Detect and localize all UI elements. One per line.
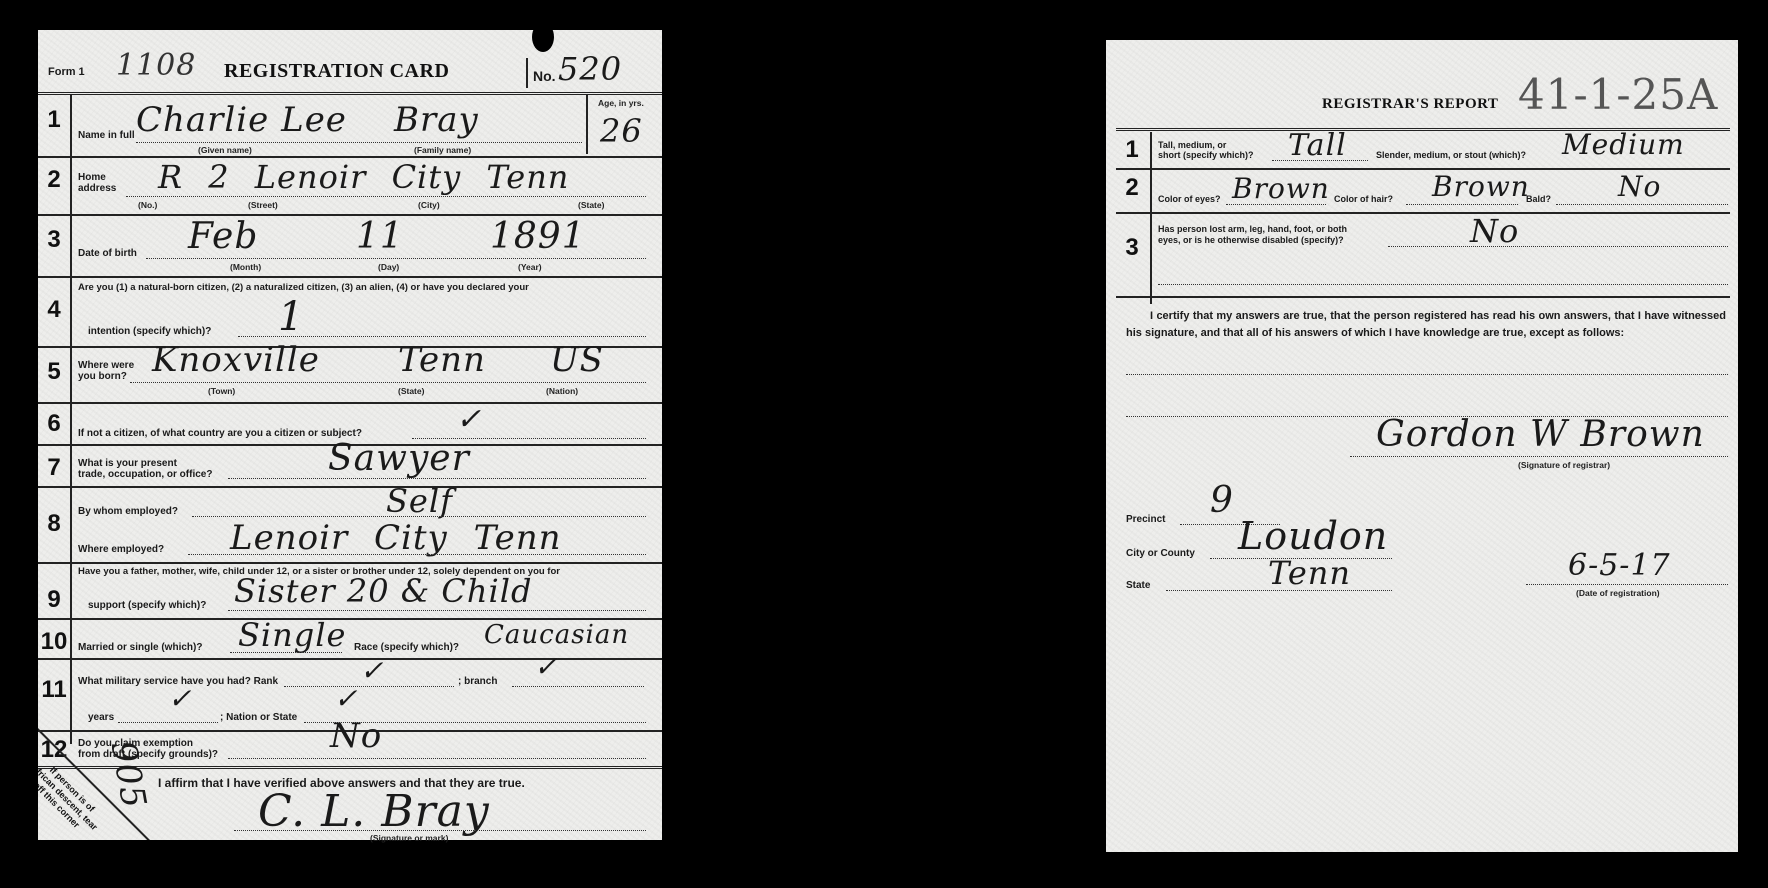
build-value: Medium <box>1562 128 1685 161</box>
hair-color-value: Brown <box>1432 170 1530 203</box>
employer-label: By whom employed? <box>78 506 178 517</box>
disability-label: Has person lost arm, leg, hand, foot, or… <box>1158 224 1347 246</box>
military-years-value: ✓ <box>168 682 192 715</box>
birth-town-caption: (Town) <box>208 386 235 396</box>
registrar-signature: Gordon W Brown <box>1376 414 1705 455</box>
punch-hole <box>532 22 554 52</box>
state-label: State <box>1126 580 1150 591</box>
home-address-value: R 2 Lenoir City Tenn <box>158 158 569 196</box>
height-value: Tall <box>1288 128 1347 163</box>
registrars-report-card: REGISTRAR'S REPORT 41-1-25A 1 Tall, medi… <box>1106 40 1738 852</box>
exemption-value: No <box>330 716 382 756</box>
bald-value: No <box>1618 170 1661 203</box>
employment-place-label: Where employed? <box>78 544 164 555</box>
row-number: 2 <box>40 166 68 194</box>
foreign-citizenship-value: ✓ <box>456 402 482 437</box>
precinct-value: 9 <box>1210 480 1234 521</box>
city-county-label: City or County <box>1126 548 1195 559</box>
row-number: 1 <box>40 106 68 134</box>
height-label: Tall, medium, orshort (specify which)? <box>1158 140 1254 160</box>
address-street-caption: (Street) <box>248 200 278 210</box>
dependents-value: Sister 20 & Child <box>234 572 532 610</box>
registration-date-caption: (Date of registration) <box>1576 588 1660 598</box>
row-number: 9 <box>40 586 68 614</box>
city-county-value: Loudon <box>1238 514 1388 558</box>
birthplace-label: Where wereyou born? <box>78 360 134 382</box>
marital-status-label: Married or single (which)? <box>78 642 202 653</box>
birth-state-value: Tenn <box>398 340 486 380</box>
address-city-caption: (City) <box>418 200 440 210</box>
race-label: Race (specify which)? <box>354 642 459 653</box>
row-number: 4 <box>40 296 68 324</box>
row-number: 7 <box>40 454 68 482</box>
address-no-caption: (No.) <box>138 200 157 210</box>
form-number-handwritten: 1108 <box>116 48 196 83</box>
employment-place-value: Lenoir City Tenn <box>230 518 562 558</box>
hair-color-label: Color of hair? <box>1334 194 1393 204</box>
citizenship-label: intention (specify which)? <box>88 326 211 337</box>
home-address-label: Homeaddress <box>78 172 116 194</box>
eye-color-value: Brown <box>1232 172 1330 205</box>
age-label: Age, in yrs. <box>598 98 644 108</box>
dob-day-value: 11 <box>356 216 404 257</box>
address-state-caption: (State) <box>578 200 604 210</box>
military-branch-label: ; branch <box>458 676 497 687</box>
military-branch-value: ✓ <box>534 650 558 683</box>
precinct-label: Precinct <box>1126 514 1165 525</box>
certification-text: I certify that my answers are true, that… <box>1126 308 1726 342</box>
military-nation-value: ✓ <box>334 682 358 715</box>
row-number: 2 <box>1118 174 1146 202</box>
family-name-value: Bray <box>394 100 479 140</box>
dob-year-value: 1891 <box>490 216 586 257</box>
given-name-value: Charlie Lee <box>136 100 347 140</box>
dob-day-caption: (Day) <box>378 262 399 272</box>
card-number: 520 <box>558 50 622 88</box>
citizenship-value: 1 <box>278 294 304 340</box>
registration-date-value: 6-5-17 <box>1568 548 1671 583</box>
dob-year-caption: (Year) <box>518 262 542 272</box>
registration-card: Form 1 1108 REGISTRATION CARD No. 520 1 … <box>38 30 662 840</box>
registrar-signature-caption: (Signature of registrar) <box>1518 460 1610 470</box>
name-label: Name in full <box>78 130 135 141</box>
signature-caption: (Signature or mark) <box>370 833 448 843</box>
family-name-caption: (Family name) <box>414 145 471 155</box>
row-number: 1 <box>1118 136 1146 164</box>
report-title: REGISTRAR'S REPORT <box>1322 96 1498 113</box>
build-label: Slender, medium, or stout (which)? <box>1376 150 1526 160</box>
occupation-label: What is your presenttrade, occupation, o… <box>78 458 212 480</box>
dob-month-value: Feb <box>188 216 258 257</box>
form-label: Form 1 <box>48 66 85 78</box>
dob-month-caption: (Month) <box>230 262 261 272</box>
dob-label: Date of birth <box>78 248 137 259</box>
no-label: No. <box>533 68 556 84</box>
disability-value: No <box>1470 212 1519 250</box>
report-stamp: 41-1-25A <box>1518 70 1718 119</box>
bald-label: Bald? <box>1526 194 1551 204</box>
birth-nation-value: US <box>550 340 604 380</box>
birth-nation-caption: (Nation) <box>546 386 578 396</box>
age-value: 26 <box>600 112 643 150</box>
foreign-citizenship-label: If not a citizen, of what country are yo… <box>78 428 362 439</box>
military-rank-value: ✓ <box>360 654 384 687</box>
row-number: 3 <box>1118 234 1146 262</box>
citizenship-question: Are you (1) a natural-born citizen, (2) … <box>78 282 529 293</box>
birth-state-caption: (State) <box>398 386 424 396</box>
given-name-caption: (Given name) <box>198 145 252 155</box>
row-number: 6 <box>40 410 68 438</box>
race-value: Caucasian <box>484 620 629 650</box>
state-value: Tenn <box>1268 554 1351 592</box>
occupation-value: Sawyer <box>328 438 470 479</box>
birth-town-value: Knoxville <box>152 340 320 380</box>
dependents-label: support (specify which)? <box>88 600 206 611</box>
row-number: 5 <box>40 358 68 386</box>
eye-color-label: Color of eyes? <box>1158 194 1221 204</box>
tear-off-corner-note: If person is of African descent, tear of… <box>38 754 108 840</box>
card-title: REGISTRATION CARD <box>224 60 449 83</box>
row-number: 8 <box>40 510 68 538</box>
row-number: 10 <box>40 628 68 656</box>
military-nation-label: ; Nation or State <box>220 712 297 723</box>
row-number: 3 <box>40 226 68 254</box>
employer-value: Self <box>386 482 453 520</box>
row-number: 11 <box>40 676 68 704</box>
marital-status-value: Single <box>238 616 346 654</box>
